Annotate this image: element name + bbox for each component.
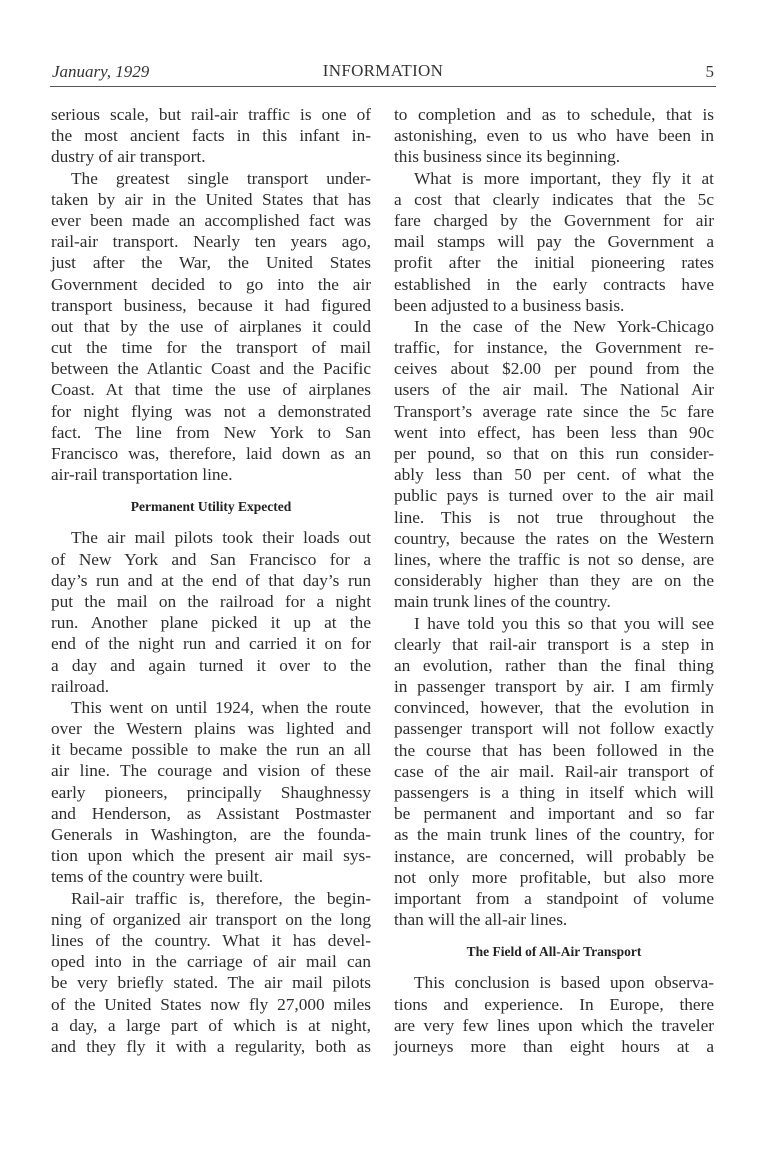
text-line: a day and again turned it over to the xyxy=(51,655,371,676)
text-line: ever been made an accomplished fact was xyxy=(51,210,371,231)
text-line: and they fly it with a regularity, both … xyxy=(51,1036,371,1057)
text-line: cut the time for the transport of mail xyxy=(51,337,371,358)
paragraph: What is more important, they fly it ata … xyxy=(394,168,714,316)
text-line: early pioneers, principally Shaughnessy xyxy=(51,782,371,803)
text-line: been adjusted to a business basis. xyxy=(394,295,714,316)
text-line: What is more important, they fly it at xyxy=(394,168,714,189)
text-line: be very briefly stated. The air mail pil… xyxy=(51,972,371,993)
text-line: of the United States now fly 27,000 mile… xyxy=(51,994,371,1015)
text-line: for night flying was not a demonstrated xyxy=(51,401,371,422)
paragraph: In the case of the New York-Chicagotraff… xyxy=(394,316,714,613)
text-line: oped into in the carriage of air mail ca… xyxy=(51,951,371,972)
text-line: air-rail transportation line. xyxy=(51,464,371,485)
text-line: dustry of air transport. xyxy=(51,146,371,167)
text-line: Coast. At that time the use of airplanes xyxy=(51,379,371,400)
text-line: passengers is a thing in itself which wi… xyxy=(394,782,714,803)
text-line: The air mail pilots took their loads out xyxy=(51,527,371,548)
text-line: fact. The line from New York to San xyxy=(51,422,371,443)
text-line: out that by the use of airplanes it coul… xyxy=(51,316,371,337)
text-line: end of the night run and carried it on f… xyxy=(51,633,371,654)
text-line: Generals in Washington, are the founda- xyxy=(51,824,371,845)
text-line: convinced, however, that the evolution i… xyxy=(394,697,714,718)
text-line: I have told you this so that you will se… xyxy=(394,613,714,634)
text-line: line. This is not true throughout the xyxy=(394,507,714,528)
text-line: this business since its beginning. xyxy=(394,146,714,167)
section-subheading: The Field of All-Air Transport xyxy=(394,930,714,970)
text-line: case of the air mail. Rail-air transport… xyxy=(394,761,714,782)
text-line: Francisco was, therefore, laid down as a… xyxy=(51,443,371,464)
text-line: traffic, for instance, the Government re… xyxy=(394,337,714,358)
text-line: Transport’s average rate since the 5c fa… xyxy=(394,401,714,422)
text-line: run. Another plane picked it up at the xyxy=(51,612,371,633)
text-line: astonishing, even to us who have been in xyxy=(394,125,714,146)
paragraph: Rail-air traffic is, therefore, the begi… xyxy=(51,888,371,1058)
text-line: In the case of the New York-Chicago xyxy=(394,316,714,337)
text-line: an evolution, rather than the final thin… xyxy=(394,655,714,676)
text-line: mail stamps will pay the Government a xyxy=(394,231,714,252)
text-line: passenger transport will not follow exac… xyxy=(394,718,714,739)
text-line: air line. The courage and vision of thes… xyxy=(51,760,371,781)
right-column: to completion and as to schedule, that i… xyxy=(394,104,714,1057)
paragraph: This conclusion is based upon observa-ti… xyxy=(394,972,714,1057)
text-line: important from a standpoint of volume xyxy=(394,888,714,909)
text-line: users of the air mail. The National Air xyxy=(394,379,714,400)
text-line: are very few lines upon which the travel… xyxy=(394,1015,714,1036)
text-line: considerably higher than they are on the xyxy=(394,570,714,591)
page-number: 5 xyxy=(706,62,715,82)
text-line: serious scale, but rail-air traffic is o… xyxy=(51,104,371,125)
text-line: ning of organized air transport on the l… xyxy=(51,909,371,930)
text-line: main trunk lines of the country. xyxy=(394,591,714,612)
text-line: railroad. xyxy=(51,676,371,697)
paragraph: serious scale, but rail-air traffic is o… xyxy=(51,104,371,168)
text-line: of New York and San Francisco for a xyxy=(51,549,371,570)
text-line: a cost that clearly indicates that the 5… xyxy=(394,189,714,210)
paragraph: I have told you this so that you will se… xyxy=(394,613,714,931)
text-line: just after the War, the United States xyxy=(51,252,371,273)
text-line: and Henderson, as Assistant Postmaster xyxy=(51,803,371,824)
text-line: ably less than 50 per cent. of what the xyxy=(394,464,714,485)
text-line: went into effect, has been less than 90c xyxy=(394,422,714,443)
left-column: serious scale, but rail-air traffic is o… xyxy=(51,104,371,1057)
running-header: January, 1929 INFORMATION 5 xyxy=(50,60,716,87)
text-line: country, because the rates on the Wester… xyxy=(394,528,714,549)
paragraph: The greatest single transport under-take… xyxy=(51,168,371,486)
text-line: public pays is turned over to the air ma… xyxy=(394,485,714,506)
text-line: tions and experience. In Europe, there xyxy=(394,994,714,1015)
text-line: fare charged by the Government for air xyxy=(394,210,714,231)
text-line: in passenger transport by air. I am firm… xyxy=(394,676,714,697)
text-line: a day, a large part of which is at night… xyxy=(51,1015,371,1036)
text-line: clearly that rail-air transport is a ste… xyxy=(394,634,714,655)
text-line: transport business, because it had figur… xyxy=(51,295,371,316)
text-line: tems of the country were built. xyxy=(51,866,371,887)
paragraph: The air mail pilots took their loads out… xyxy=(51,527,371,697)
text-line: Government decided to go into the air xyxy=(51,274,371,295)
text-line: established in the early contracts have xyxy=(394,274,714,295)
text-line: Rail-air traffic is, therefore, the begi… xyxy=(51,888,371,909)
text-line: the most ancient facts in this infant in… xyxy=(51,125,371,146)
text-line: the course that has been followed in the xyxy=(394,740,714,761)
text-line: The greatest single transport under- xyxy=(51,168,371,189)
text-line: ceives about $2.00 per pound from the xyxy=(394,358,714,379)
paragraph: This went on until 1924, when the routeo… xyxy=(51,697,371,888)
text-line: lines, where the traffic is not so dense… xyxy=(394,549,714,570)
text-line: tion upon which the present air mail sys… xyxy=(51,845,371,866)
text-line: This conclusion is based upon observa- xyxy=(394,972,714,993)
text-line: over the Western plains was lighted and xyxy=(51,718,371,739)
text-line: rail-air transport. Nearly ten years ago… xyxy=(51,231,371,252)
text-line: This went on until 1924, when the route xyxy=(51,697,371,718)
text-line: than will the all-air lines. xyxy=(394,909,714,930)
text-line: profit after the initial pioneering rate… xyxy=(394,252,714,273)
text-line: it became possible to make the run an al… xyxy=(51,739,371,760)
text-line: between the Atlantic Coast and the Pacif… xyxy=(51,358,371,379)
text-line: lines of the country. What it has devel- xyxy=(51,930,371,951)
section-subheading: Permanent Utility Expected xyxy=(51,485,371,525)
text-line: as the main trunk lines of the country, … xyxy=(394,824,714,845)
text-line: instance, are concerned, will probably b… xyxy=(394,846,714,867)
text-line: day’s run and at the end of that day’s r… xyxy=(51,570,371,591)
text-line: to completion and as to schedule, that i… xyxy=(394,104,714,125)
text-line: put the mail on the railroad for a night xyxy=(51,591,371,612)
text-line: not only more profitable, but also more xyxy=(394,867,714,888)
publication-title: INFORMATION xyxy=(50,61,716,81)
text-line: taken by air in the United States that h… xyxy=(51,189,371,210)
paragraph: to completion and as to schedule, that i… xyxy=(394,104,714,168)
text-line: per pound, so that on this run consider- xyxy=(394,443,714,464)
text-line: journeys more than eight hours at a xyxy=(394,1036,714,1057)
text-line: be permanent and important and so far xyxy=(394,803,714,824)
